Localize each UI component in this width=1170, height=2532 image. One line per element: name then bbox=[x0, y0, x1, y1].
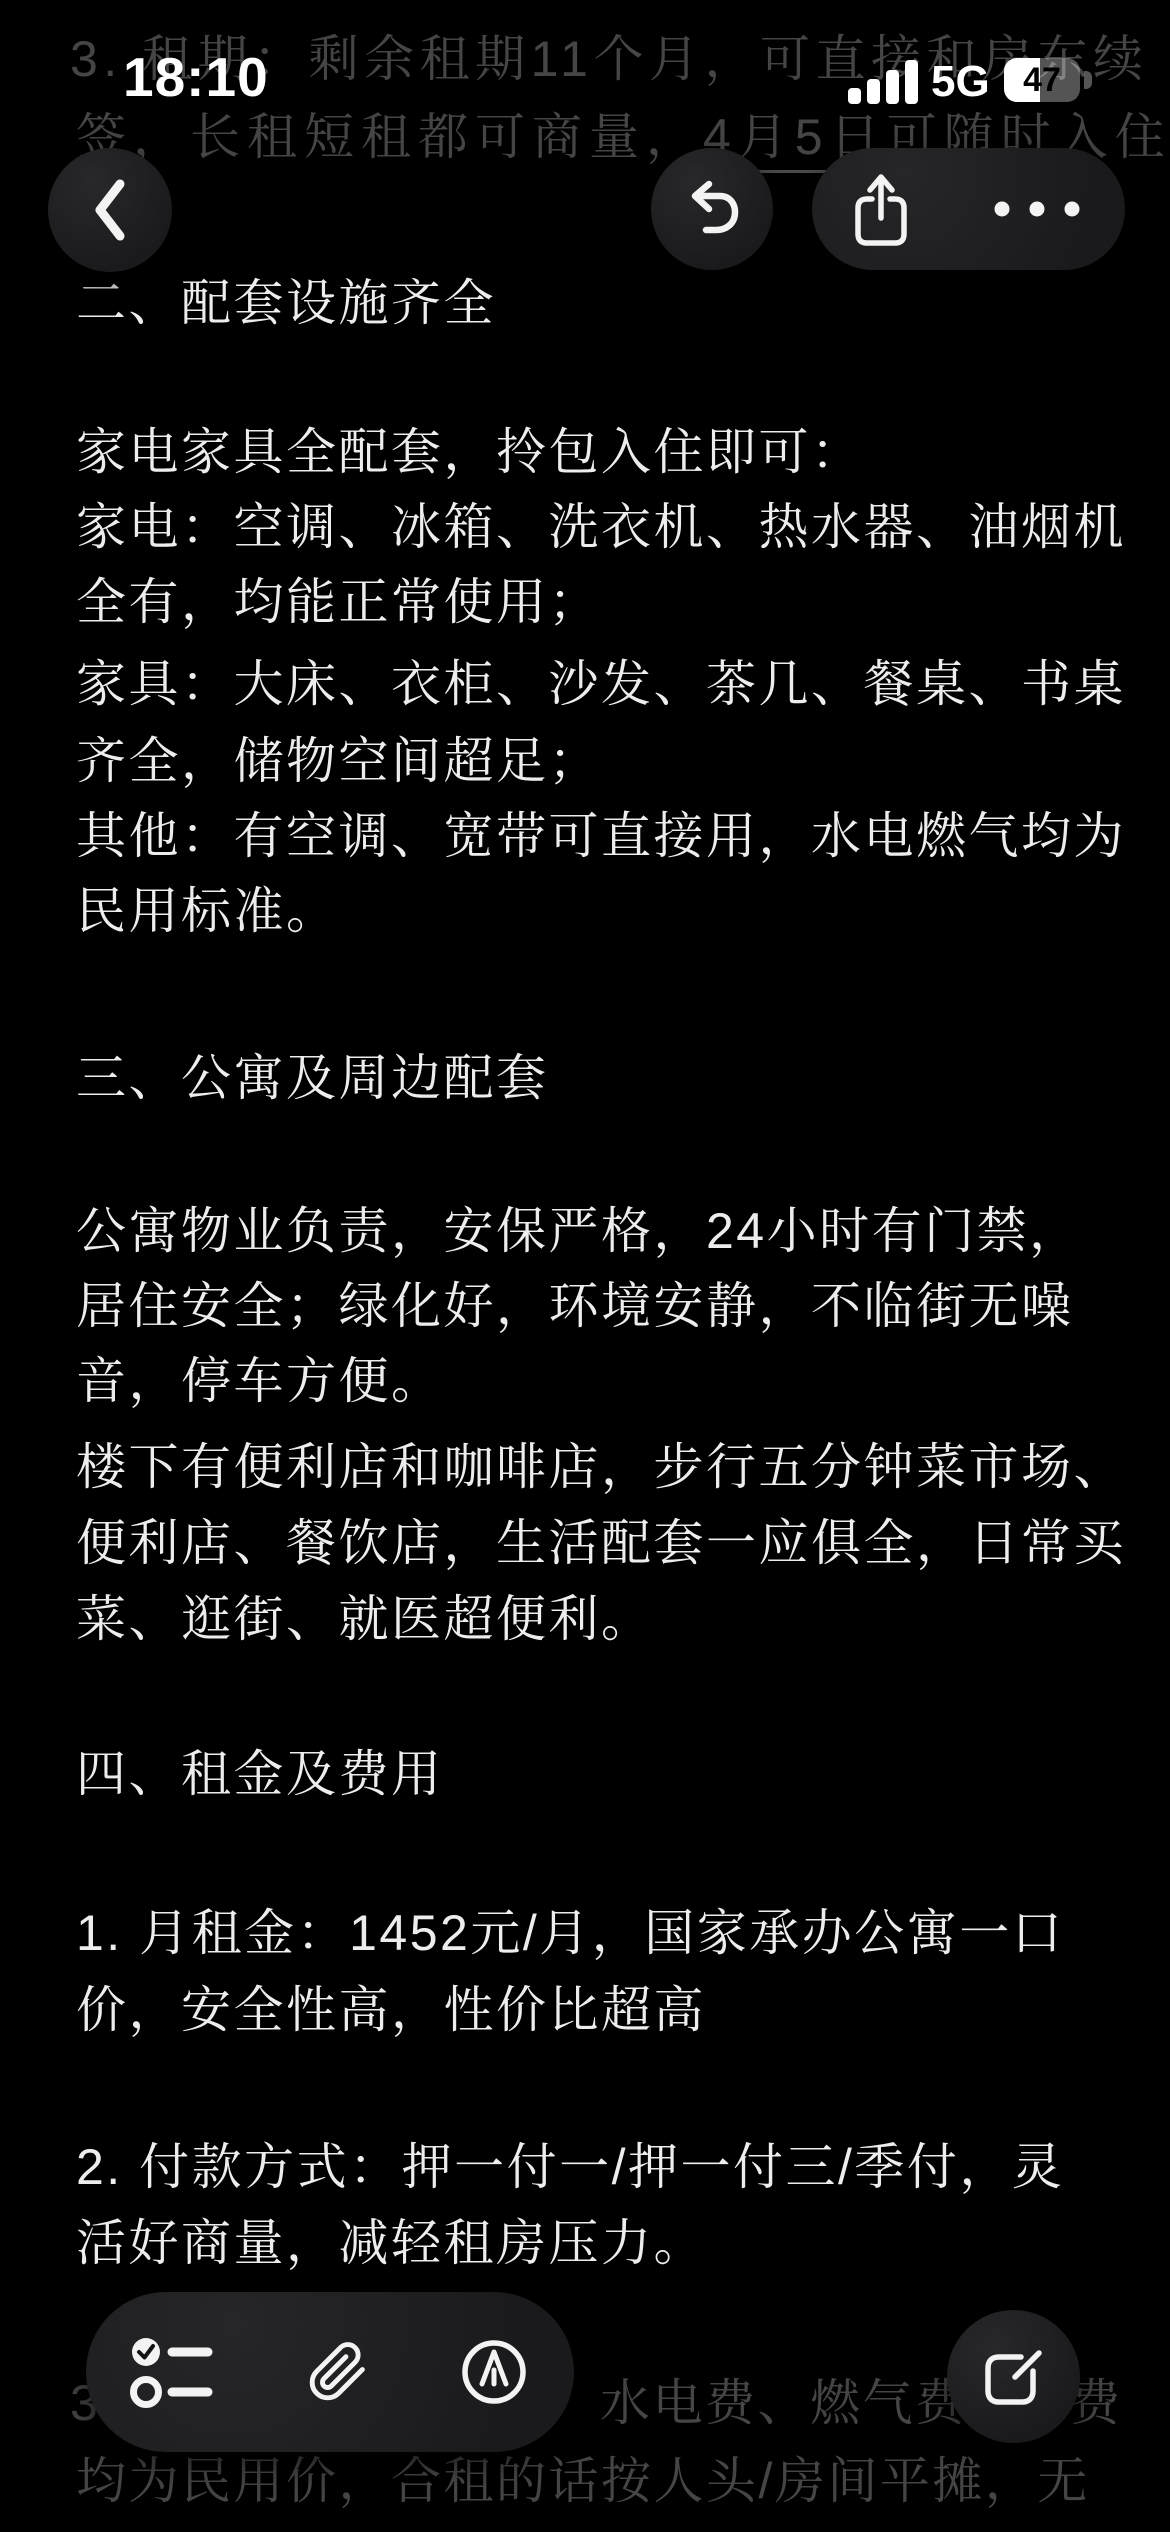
note-line: 便利店、餐饮店，生活配套一应俱全，日常买 bbox=[76, 1518, 1126, 1568]
clock: 18:10 bbox=[123, 50, 269, 105]
pen-nib-circle-icon bbox=[458, 2336, 530, 2408]
note-line: 二、配套设施齐全 bbox=[76, 278, 496, 328]
network-type-label: 5G bbox=[931, 60, 990, 104]
ellipsis-icon bbox=[989, 196, 1085, 222]
undo-button[interactable] bbox=[651, 148, 773, 270]
note-line: 齐全，储物空间超足； bbox=[76, 736, 601, 786]
note-line: 民用标准。 bbox=[76, 886, 339, 936]
note-line: 音，停车方便。 bbox=[76, 1356, 444, 1406]
note-line: 菜、逛街、就医超便利。 bbox=[76, 1594, 654, 1644]
battery-cap bbox=[1084, 71, 1092, 89]
markup-button[interactable] bbox=[458, 2336, 530, 2408]
checklist-icon bbox=[130, 2330, 218, 2414]
note-line: 1. 月租金：1452元/月，国家承办公寓一口 bbox=[76, 1908, 1064, 1958]
note-line: 活好商量，减轻租房压力。 bbox=[76, 2218, 706, 2268]
checklist-button[interactable] bbox=[130, 2330, 218, 2414]
battery-body: 47 bbox=[1004, 58, 1080, 102]
back-button[interactable] bbox=[48, 148, 172, 272]
note-line: 公寓物业负责，安保严格，24小时有门禁， bbox=[76, 1206, 1082, 1256]
note-line: 四、租金及费用 bbox=[76, 1749, 444, 1799]
note-line: 家电：空调、冰箱、洗衣机、热水器、油烟机 bbox=[76, 502, 1126, 552]
battery-icon: 47 bbox=[1004, 58, 1096, 102]
note-line: 家具：大床、衣柜、沙发、茶几、餐桌、书桌 bbox=[76, 659, 1126, 709]
note-line: 家电家具全配套，拎包入住即可： bbox=[76, 427, 864, 477]
dimmed-note-line: 均为民用价，合租的话按人头/房间平摊，无 bbox=[76, 2456, 1090, 2506]
chevron-left-icon bbox=[88, 176, 132, 244]
cellular-signal-icon bbox=[848, 58, 920, 104]
note-line: 2. 付款方式：押一付一/押一付三/季付，灵 bbox=[76, 2142, 1064, 2192]
undo-arrow-icon bbox=[681, 180, 743, 238]
dimmed-text-segment: 签，长租短租都可商量， bbox=[76, 109, 703, 165]
compose-button[interactable] bbox=[947, 2310, 1080, 2443]
attachment-button[interactable] bbox=[307, 2341, 369, 2403]
note-line: 楼下有便利店和咖啡店，步行五分钟菜市场、 bbox=[76, 1442, 1126, 1492]
battery-percent: 47 bbox=[1004, 58, 1080, 102]
note-line: 全有，均能正常使用； bbox=[76, 577, 601, 627]
note-line: 价，安全性高，性价比超高 bbox=[76, 1985, 706, 2035]
note-line: 其他：有空调、宽带可直接用，水电燃气均为 bbox=[76, 811, 1126, 861]
status-bar: 18:10 5G 47 bbox=[0, 0, 1170, 110]
share-up-arrow-icon bbox=[852, 171, 910, 247]
note-line: 三、公寓及周边配套 bbox=[76, 1053, 549, 1103]
note-toolbar-pill bbox=[86, 2292, 574, 2452]
more-button[interactable] bbox=[989, 196, 1085, 222]
share-more-actions-pill bbox=[812, 148, 1125, 270]
share-button[interactable] bbox=[852, 171, 910, 247]
paperclip-icon bbox=[307, 2341, 369, 2403]
square-pencil-icon bbox=[981, 2345, 1047, 2409]
note-line: 居住安全；绿化好，环境安静，不临街无噪 bbox=[76, 1281, 1074, 1331]
notes-app-screen: 3. 租期：剩余租期11个月，可直接和房东续 签，长租短租都可商量，4月5日可随… bbox=[0, 0, 1170, 2532]
